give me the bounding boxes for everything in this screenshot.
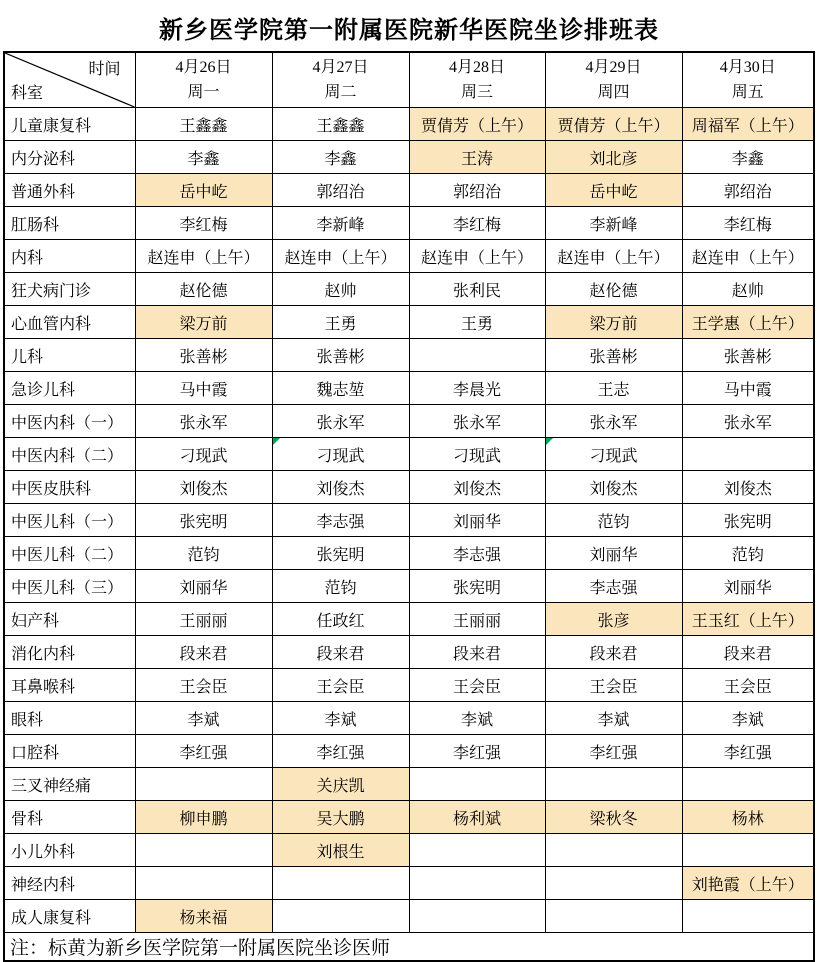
corner-dept-label: 科室 [11, 80, 43, 103]
schedule-cell: 张善彬 [135, 339, 272, 372]
schedule-cell: 张宪明 [409, 570, 545, 603]
schedule-cell: 马中霞 [682, 372, 814, 405]
table-row: 内分泌科李鑫李鑫王涛刘北彦李鑫 [4, 141, 814, 174]
schedule-cell: 张善彬 [682, 339, 814, 372]
table-row: 小儿外科刘根生 [4, 834, 814, 867]
schedule-cell: 赵伦德 [545, 273, 682, 306]
schedule-cell: 关庆凯 [272, 768, 409, 801]
dept-cell: 中医儿科（三） [4, 570, 135, 603]
schedule-cell [409, 900, 545, 933]
schedule-cell: 赵连申（上午） [409, 240, 545, 273]
table-row: 耳鼻喉科王会臣王会臣王会臣王会臣王会臣 [4, 669, 814, 702]
schedule-cell: 张彦 [545, 603, 682, 636]
schedule-cell: 张宪明 [135, 504, 272, 537]
dept-cell: 狂犬病门诊 [4, 273, 135, 306]
schedule-cell [272, 900, 409, 933]
schedule-cell: 李红梅 [409, 207, 545, 240]
schedule-cell: 赵帅 [682, 273, 814, 306]
schedule-cell: 王会臣 [682, 669, 814, 702]
schedule-cell: 李斌 [682, 702, 814, 735]
schedule-cell: 周福军（上午） [682, 108, 814, 141]
dept-cell: 神经内科 [4, 867, 135, 900]
dept-cell: 眼科 [4, 702, 135, 735]
schedule-cell: 张利民 [409, 273, 545, 306]
schedule-cell: 贾倩芳（上午） [545, 108, 682, 141]
schedule-cell: 王涛 [409, 141, 545, 174]
page-title: 新乡医学院第一附属医院新华医院坐诊排班表 [0, 10, 818, 45]
schedule-cell: 王会臣 [409, 669, 545, 702]
schedule-cell: 李红强 [135, 735, 272, 768]
schedule-cell: 王鑫鑫 [135, 108, 272, 141]
schedule-cell [409, 339, 545, 372]
schedule-cell: 赵连申（上午） [135, 240, 272, 273]
schedule-cell: 李新峰 [272, 207, 409, 240]
schedule-cell: 刘丽华 [682, 570, 814, 603]
schedule-cell: 刘丽华 [545, 537, 682, 570]
schedule-cell: 赵连申（上午） [272, 240, 409, 273]
schedule-cell: 李斌 [409, 702, 545, 735]
schedule-cell: 梁秋冬 [545, 801, 682, 834]
schedule-cell: 李红梅 [682, 207, 814, 240]
schedule-cell: 张善彬 [545, 339, 682, 372]
schedule-cell: 李志强 [272, 504, 409, 537]
schedule-cell: 梁万前 [545, 306, 682, 339]
schedule-cell: 李红梅 [135, 207, 272, 240]
column-header-date: 4月30日 [683, 55, 814, 80]
schedule-cell [545, 834, 682, 867]
table-row: 消化内科段来君段来君段来君段来君段来君 [4, 636, 814, 669]
schedule-cell: 王鑫鑫 [272, 108, 409, 141]
schedule-cell: 李晨光 [409, 372, 545, 405]
dept-cell: 妇产科 [4, 603, 135, 636]
column-header-weekday: 周三 [410, 80, 545, 105]
table-row: 眼科李斌李斌李斌李斌李斌 [4, 702, 814, 735]
schedule-cell: 范钧 [135, 537, 272, 570]
table-header: 时间 科室 4月26日周一4月27日周二4月28日周三4月29日周四4月30日周… [4, 52, 814, 108]
schedule-cell: 段来君 [409, 636, 545, 669]
schedule-cell: 李志强 [545, 570, 682, 603]
schedule-cell [545, 768, 682, 801]
schedule-cell: 杨来福 [135, 900, 272, 933]
schedule-cell: 李鑫 [135, 141, 272, 174]
schedule-cell [135, 768, 272, 801]
schedule-cell: 李红强 [682, 735, 814, 768]
schedule-cell: 郭绍治 [409, 174, 545, 207]
column-header-weekday: 周四 [546, 80, 682, 105]
schedule-cell: 刁现武 [272, 438, 409, 471]
schedule-cell: 刘北彦 [545, 141, 682, 174]
comment-marker-icon [546, 438, 553, 445]
table-row: 急诊儿科马中霞魏志堃李晨光王志马中霞 [4, 372, 814, 405]
schedule-cell: 岳中屹 [545, 174, 682, 207]
schedule-table: 时间 科室 4月26日周一4月27日周二4月28日周三4月29日周四4月30日周… [3, 51, 815, 962]
table-row: 儿童康复科王鑫鑫王鑫鑫贾倩芳（上午）贾倩芳（上午）周福军（上午） [4, 108, 814, 141]
table-row: 心血管内科梁万前王勇王勇梁万前王学惠（上午） [4, 306, 814, 339]
schedule-cell: 李红强 [545, 735, 682, 768]
header-row: 时间 科室 4月26日周一4月27日周二4月28日周三4月29日周四4月30日周… [4, 52, 814, 108]
column-header-date: 4月29日 [546, 55, 682, 80]
schedule-cell [409, 768, 545, 801]
schedule-cell [682, 834, 814, 867]
schedule-cell: 王丽丽 [135, 603, 272, 636]
table-row: 普通外科岳中屹郭绍治郭绍治岳中屹郭绍治 [4, 174, 814, 207]
column-header-date: 4月28日 [410, 55, 545, 80]
comment-marker-icon [273, 438, 280, 445]
schedule-cell [409, 834, 545, 867]
schedule-cell: 范钧 [272, 570, 409, 603]
schedule-cell: 段来君 [272, 636, 409, 669]
table-row: 骨科柳申鹏吴大鹏杨利斌梁秋冬杨林 [4, 801, 814, 834]
schedule-cell: 赵连申（上午） [682, 240, 814, 273]
corner-cell: 时间 科室 [4, 52, 135, 108]
schedule-cell: 李斌 [545, 702, 682, 735]
schedule-cell: 郭绍治 [682, 174, 814, 207]
schedule-cell: 王会臣 [272, 669, 409, 702]
schedule-cell: 王学惠（上午） [682, 306, 814, 339]
dept-cell: 小儿外科 [4, 834, 135, 867]
schedule-cell: 梁万前 [135, 306, 272, 339]
column-header: 4月29日周四 [545, 52, 682, 108]
table-footer: 注：标黄为新乡医学院第一附属医院坐诊医师 [4, 933, 814, 962]
column-header: 4月26日周一 [135, 52, 272, 108]
schedule-cell: 赵伦德 [135, 273, 272, 306]
schedule-cell: 郭绍治 [272, 174, 409, 207]
schedule-cell [545, 867, 682, 900]
schedule-cell: 张宪明 [682, 504, 814, 537]
schedule-cell: 李斌 [272, 702, 409, 735]
column-header-weekday: 周二 [273, 80, 409, 105]
page: 新乡医学院第一附属医院新华医院坐诊排班表 时间 科室 4月26日周一4月27日周… [0, 10, 818, 962]
table-row: 成人康复科杨来福 [4, 900, 814, 933]
schedule-cell: 范钧 [545, 504, 682, 537]
footnote-row: 注：标黄为新乡医学院第一附属医院坐诊医师 [4, 933, 814, 962]
schedule-cell: 任政红 [272, 603, 409, 636]
schedule-cell: 张永军 [409, 405, 545, 438]
schedule-cell: 马中霞 [135, 372, 272, 405]
schedule-cell: 张永军 [135, 405, 272, 438]
dept-cell: 儿童康复科 [4, 108, 135, 141]
schedule-cell: 吴大鹏 [272, 801, 409, 834]
schedule-cell [272, 867, 409, 900]
dept-cell: 三叉神经痛 [4, 768, 135, 801]
schedule-cell: 刁现武 [135, 438, 272, 471]
table-row: 儿科张善彬张善彬张善彬张善彬 [4, 339, 814, 372]
schedule-cell: 张善彬 [272, 339, 409, 372]
schedule-cell: 段来君 [545, 636, 682, 669]
schedule-cell: 杨林 [682, 801, 814, 834]
schedule-cell: 刁现武 [409, 438, 545, 471]
schedule-cell: 张永军 [545, 405, 682, 438]
schedule-cell [682, 438, 814, 471]
dept-cell: 内科 [4, 240, 135, 273]
column-header: 4月28日周三 [409, 52, 545, 108]
dept-cell: 口腔科 [4, 735, 135, 768]
dept-cell: 中医内科（二） [4, 438, 135, 471]
table-row: 中医儿科（三）刘丽华范钧张宪明李志强刘丽华 [4, 570, 814, 603]
schedule-cell [135, 867, 272, 900]
schedule-cell [135, 834, 272, 867]
schedule-cell: 段来君 [135, 636, 272, 669]
table-row: 神经内科刘艳霞（上午） [4, 867, 814, 900]
table-row: 口腔科李红强李红强李红强李红强李红强 [4, 735, 814, 768]
dept-cell: 儿科 [4, 339, 135, 372]
table-row: 妇产科王丽丽任政红王丽丽张彦王玉红（上午） [4, 603, 814, 636]
schedule-cell: 魏志堃 [272, 372, 409, 405]
schedule-cell: 李志强 [409, 537, 545, 570]
dept-cell: 骨科 [4, 801, 135, 834]
schedule-cell: 刘丽华 [409, 504, 545, 537]
schedule-cell: 刘俊杰 [545, 471, 682, 504]
dept-cell: 耳鼻喉科 [4, 669, 135, 702]
dept-cell: 消化内科 [4, 636, 135, 669]
table-row: 内科赵连申（上午）赵连申（上午）赵连申（上午）赵连申（上午）赵连申（上午） [4, 240, 814, 273]
schedule-cell: 李斌 [135, 702, 272, 735]
schedule-cell: 张永军 [272, 405, 409, 438]
schedule-cell: 王会臣 [545, 669, 682, 702]
column-header-weekday: 周五 [683, 80, 814, 105]
table-row: 中医内科（二）刁现武刁现武刁现武刁现武 [4, 438, 814, 471]
dept-cell: 肛肠科 [4, 207, 135, 240]
schedule-cell: 李红强 [409, 735, 545, 768]
schedule-cell: 张宪明 [272, 537, 409, 570]
schedule-cell: 柳申鹏 [135, 801, 272, 834]
table-row: 肛肠科李红梅李新峰李红梅李新峰李红梅 [4, 207, 814, 240]
schedule-cell: 李鑫 [682, 141, 814, 174]
schedule-cell: 刘俊杰 [409, 471, 545, 504]
schedule-cell: 贾倩芳（上午） [409, 108, 545, 141]
schedule-cell: 李鑫 [272, 141, 409, 174]
schedule-cell: 刘艳霞（上午） [682, 867, 814, 900]
schedule-cell: 段来君 [682, 636, 814, 669]
schedule-cell: 张永军 [682, 405, 814, 438]
schedule-cell: 范钧 [682, 537, 814, 570]
schedule-cell: 刘俊杰 [682, 471, 814, 504]
dept-cell: 内分泌科 [4, 141, 135, 174]
schedule-cell [682, 900, 814, 933]
dept-cell: 急诊儿科 [4, 372, 135, 405]
schedule-cell: 刘俊杰 [272, 471, 409, 504]
schedule-cell: 王志 [545, 372, 682, 405]
schedule-cell: 赵帅 [272, 273, 409, 306]
schedule-cell: 王玉红（上午） [682, 603, 814, 636]
schedule-cell: 杨利斌 [409, 801, 545, 834]
schedule-cell: 赵连申（上午） [545, 240, 682, 273]
dept-cell: 中医内科（一） [4, 405, 135, 438]
schedule-cell: 刘根生 [272, 834, 409, 867]
table-row: 中医儿科（一）张宪明李志强刘丽华范钧张宪明 [4, 504, 814, 537]
dept-cell: 普通外科 [4, 174, 135, 207]
schedule-cell: 李新峰 [545, 207, 682, 240]
schedule-cell: 王勇 [409, 306, 545, 339]
schedule-cell [409, 867, 545, 900]
schedule-cell: 刘俊杰 [135, 471, 272, 504]
schedule-cell: 王勇 [272, 306, 409, 339]
table-row: 狂犬病门诊赵伦德赵帅张利民赵伦德赵帅 [4, 273, 814, 306]
dept-cell: 成人康复科 [4, 900, 135, 933]
dept-cell: 中医儿科（二） [4, 537, 135, 570]
schedule-cell: 岳中屹 [135, 174, 272, 207]
dept-cell: 心血管内科 [4, 306, 135, 339]
footnote: 注：标黄为新乡医学院第一附属医院坐诊医师 [4, 933, 814, 962]
column-header-weekday: 周一 [136, 80, 272, 105]
dept-cell: 中医皮肤科 [4, 471, 135, 504]
table-row: 中医皮肤科刘俊杰刘俊杰刘俊杰刘俊杰刘俊杰 [4, 471, 814, 504]
schedule-cell [682, 768, 814, 801]
table-body: 儿童康复科王鑫鑫王鑫鑫贾倩芳（上午）贾倩芳（上午）周福军（上午）内分泌科李鑫李鑫… [4, 108, 814, 933]
column-header: 4月27日周二 [272, 52, 409, 108]
schedule-cell [545, 900, 682, 933]
column-header: 4月30日周五 [682, 52, 814, 108]
schedule-cell: 王丽丽 [409, 603, 545, 636]
dept-cell: 中医儿科（一） [4, 504, 135, 537]
table-row: 中医内科（一）张永军张永军张永军张永军张永军 [4, 405, 814, 438]
schedule-cell: 刘丽华 [135, 570, 272, 603]
schedule-cell: 刁现武 [545, 438, 682, 471]
table-row: 中医儿科（二）范钧张宪明李志强刘丽华范钧 [4, 537, 814, 570]
corner-time-label: 时间 [88, 56, 120, 79]
table-row: 三叉神经痛关庆凯 [4, 768, 814, 801]
schedule-cell: 王会臣 [135, 669, 272, 702]
column-header-date: 4月26日 [136, 55, 272, 80]
column-header-date: 4月27日 [273, 55, 409, 80]
schedule-cell: 李红强 [272, 735, 409, 768]
